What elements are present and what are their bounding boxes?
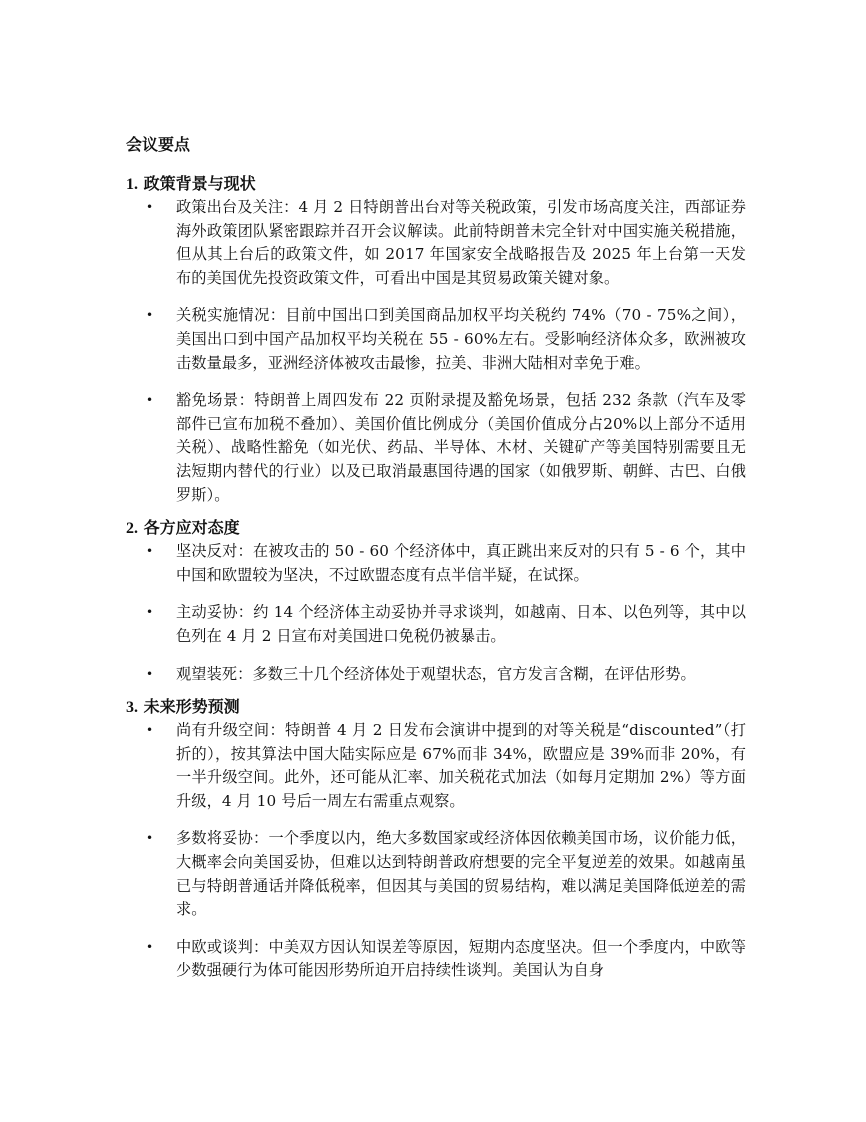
list-item: •坚决反对：在被攻击的 50 - 60 个经济体中，真正跳出来反对的只有 5 -… [126,540,746,587]
bullet-icon: • [146,827,153,851]
item-separator: ： [239,391,255,409]
section-title: 未来形势预测 [144,697,240,716]
list-item: •主动妥协：约 14 个经济体主动妥协并寻求谈判，如越南、日本、以色列等，其中以… [126,601,746,648]
item-label: 政策出台及关注 [176,198,283,216]
section-title: 各方应对态度 [144,518,240,537]
item-separator: ： [238,603,253,621]
list-item: •多数将妥协：一个季度以内，绝大多数国家或经济体因依赖美国市场，议价能力低，大概… [126,827,746,921]
section-heading: 3. 未来形势预测 [126,696,746,719]
bullet-icon: • [146,304,153,328]
item-text: 特朗普上周四发布 22 页附录提及豁免场景，包括 232 条款（汽车及零部件已宣… [176,391,746,503]
item-text: 多数三十几个经济体处于观望状态，官方发言含糊，在评估形势。 [252,665,695,683]
item-separator: ： [253,829,268,847]
section-number: 2. [126,520,138,537]
section-heading: 1. 政策背景与现状 [126,173,746,196]
item-label: 豁免场景 [176,391,239,409]
item-label: 中欧或谈判 [176,938,253,956]
bullet-list: •政策出台及关注：4 月 2 日特朗普出台对等关税政策，引发市场高度关注，西部证… [126,196,746,507]
section-title: 政策背景与现状 [144,174,256,193]
list-item: •尚有升级空间：特朗普 4 月 2 日发布会演讲中提到的对等关税是“discou… [126,719,746,813]
section-policy-background: 1. 政策背景与现状 •政策出台及关注：4 月 2 日特朗普出台对等关税政策，引… [126,173,746,507]
document-title: 会议要点 [126,133,746,157]
item-label: 观望装死 [176,665,237,683]
bullet-icon: • [146,936,153,960]
item-separator: ： [253,938,268,956]
bullet-icon: • [146,540,153,564]
bullet-icon: • [146,389,153,413]
bullet-list: •尚有升级空间：特朗普 4 月 2 日发布会演讲中提到的对等关税是“discou… [126,719,746,983]
bullet-icon: • [146,663,153,687]
item-separator: ： [269,721,285,739]
item-separator: ： [237,542,252,560]
bullet-list: •坚决反对：在被攻击的 50 - 60 个经济体中，真正跳出来反对的只有 5 -… [126,540,746,686]
item-label: 尚有升级空间 [176,721,269,739]
section-stakeholder-attitudes: 2. 各方应对态度 •坚决反对：在被攻击的 50 - 60 个经济体中，真正跳出… [126,517,746,686]
item-label: 关税实施情况 [176,306,270,324]
item-separator: ： [270,306,286,324]
bullet-icon: • [146,196,153,220]
section-heading: 2. 各方应对态度 [126,517,746,540]
list-item: •观望装死：多数三十几个经济体处于观望状态，官方发言含糊，在评估形势。 [126,663,746,687]
item-label: 主动妥协 [176,603,238,621]
list-item: •政策出台及关注：4 月 2 日特朗普出台对等关税政策，引发市场高度关注，西部证… [126,196,746,290]
bullet-icon: • [146,719,153,743]
list-item: •豁免场景：特朗普上周四发布 22 页附录提及豁免场景，包括 232 条款（汽车… [126,389,746,507]
item-separator: ： [283,198,298,216]
section-future-outlook: 3. 未来形势预测 •尚有升级空间：特朗普 4 月 2 日发布会演讲中提到的对等… [126,696,746,983]
item-label: 坚决反对 [176,542,237,560]
list-item: •关税实施情况：目前中国出口到美国商品加权平均关税约 74%（70 - 75%之… [126,304,746,375]
section-number: 3. [126,699,138,716]
item-text: 在被攻击的 50 - 60 个经济体中，真正跳出来反对的只有 5 - 6 个，其… [176,542,746,584]
document-page: 会议要点 1. 政策背景与现状 •政策出台及关注：4 月 2 日特朗普出台对等关… [126,133,746,993]
item-label: 多数将妥协 [176,829,253,847]
list-item: •中欧或谈判：中美双方因认知误差等原因，短期内态度坚决。但一个季度内，中欧等少数… [126,936,746,983]
section-number: 1. [126,176,138,193]
item-text: 约 14 个经济体主动妥协并寻求谈判，如越南、日本、以色列等，其中以色列在 4 … [176,603,746,645]
bullet-icon: • [146,601,153,625]
item-separator: ： [237,665,252,683]
